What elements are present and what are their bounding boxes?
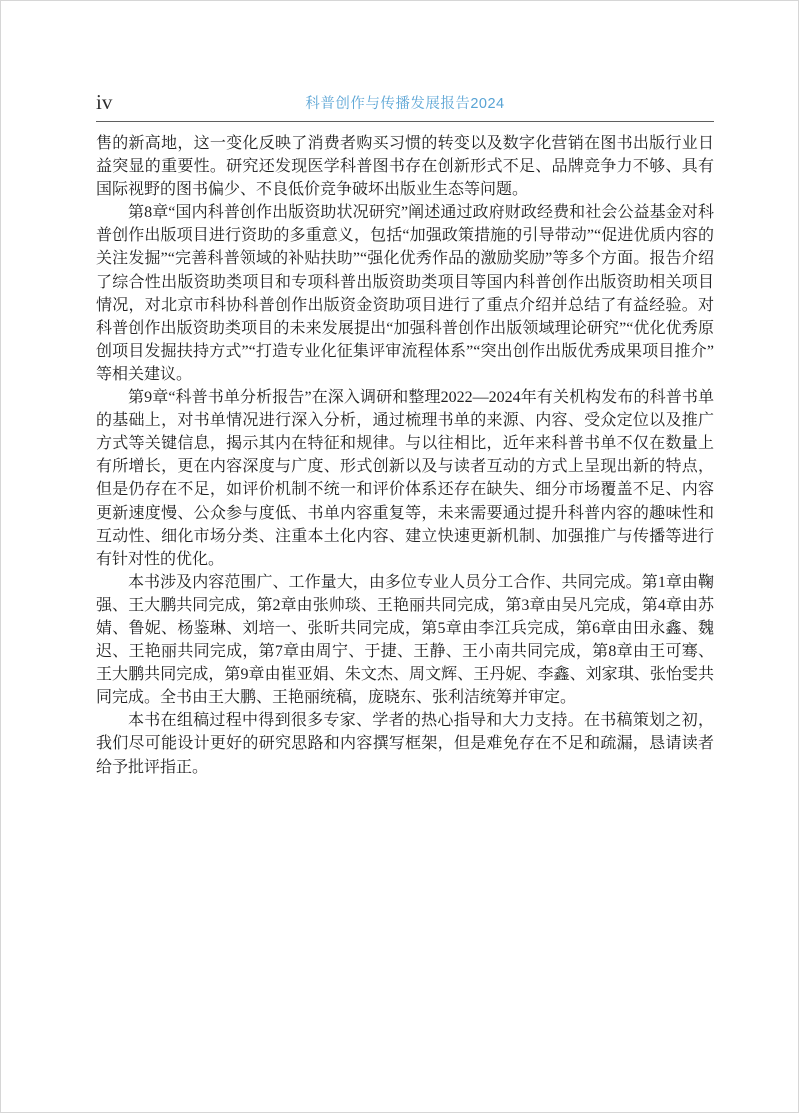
body-paragraph: 售的新高地，这一变化反映了消费者购买习惯的转变以及数字化营销在图书出版行业日益突… — [96, 132, 714, 201]
header-title: 科普创作与传播发展报告2024 — [96, 92, 714, 113]
document-body: 售的新高地，这一变化反映了消费者购买习惯的转变以及数字化营销在图书出版行业日益突… — [96, 132, 714, 779]
body-paragraph: 本书涉及内容范围广、工作量大，由多位专业人员分工合作、共同完成。第1章由鞠强、王… — [96, 571, 714, 710]
document-page: iv 科普创作与传播发展报告2024 售的新高地，这一变化反映了消费者购买习惯的… — [0, 0, 799, 1113]
page-header: iv 科普创作与传播发展报告2024 — [96, 87, 714, 122]
body-paragraph: 第9章“科普书单分析报告”在深入调研和整理2022—2024年有关机构发布的科普… — [96, 386, 714, 571]
body-paragraph: 本书在组稿过程中得到很多专家、学者的热心指导和大力支持。在书稿策划之初，我们尽可… — [96, 709, 714, 778]
body-paragraph: 第8章“国内科普创作出版资助状况研究”阐述通过政府财政经费和社会公益基金对科普创… — [96, 201, 714, 386]
